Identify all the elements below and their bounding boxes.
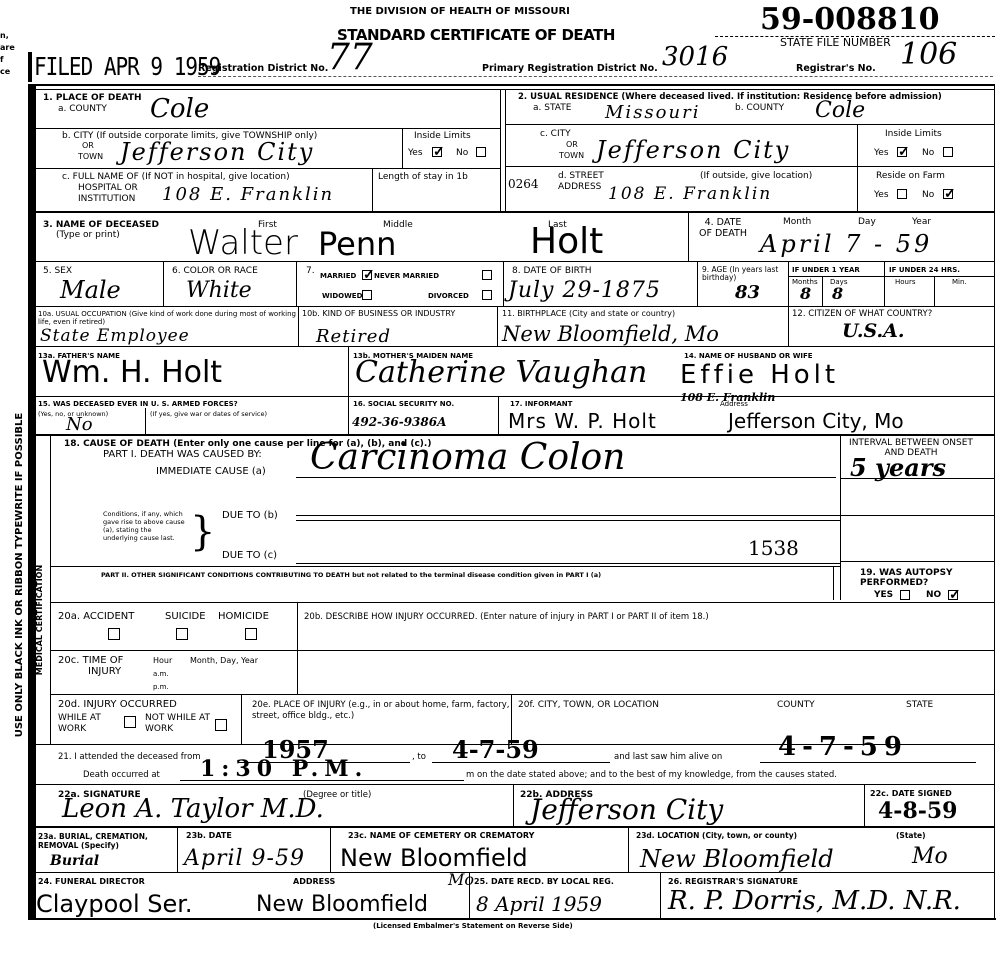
occupation-value: State Employee — [40, 328, 190, 345]
autopsy-yes-checkbox[interactable] — [900, 590, 910, 600]
burial-method-label: 23a. BURIAL, CREMATION, REMOVAL (Specify… — [38, 832, 178, 850]
date-signed-label: 22c. DATE SIGNED — [870, 790, 952, 798]
autopsy-yes-label: YES — [874, 591, 893, 599]
registrar-signature-label: 26. REGISTRAR'S SIGNATURE — [668, 878, 798, 886]
director-address-state: Mo — [448, 872, 474, 888]
father-value: Wm. H. Holt — [42, 358, 222, 388]
first-name-value: Walter — [188, 226, 298, 260]
pm-label: p.m. — [153, 683, 169, 691]
while-at-work-text: WHILE AT WORK — [58, 713, 101, 734]
injury-occurred-label: 20d. INJURY OCCURRED — [58, 700, 177, 710]
last-saw-value: 4-7-59 — [778, 734, 908, 760]
pod-inside-no-label: No — [456, 148, 468, 158]
to-label: , to — [412, 752, 426, 762]
filed-stamp: FILED APR 9 1959 — [34, 52, 220, 81]
hour-label: Hour — [153, 657, 172, 665]
ur-county-label: b. COUNTY — [735, 103, 784, 113]
spouse-value: Effie Holt — [680, 362, 839, 388]
informant-address-line1: 108 E. Franklin — [680, 392, 775, 403]
armed-forces-value: No — [66, 416, 93, 434]
pod-inside-no-checkbox[interactable] — [476, 147, 486, 157]
widowed-label: WIDOWED — [322, 292, 362, 300]
burial-state-label: (State) — [896, 832, 926, 840]
death-time-value: 1:30 P.M. — [200, 758, 368, 780]
date-recd-value: 8 April 1959 — [476, 894, 602, 914]
accident-label: 20a. ACCIDENT — [58, 612, 134, 622]
pod-city-or: OR — [82, 141, 94, 151]
pod-hospital-value: 108 E. Franklin — [162, 186, 334, 204]
informant-value: Mrs W. P. Holt — [508, 411, 657, 431]
last-name-value: Holt — [530, 224, 603, 260]
date-of-death-value: April 7 - 59 — [760, 232, 932, 256]
date-of-death-label-text: 4. DATE OF DEATH — [698, 217, 748, 239]
ssn-label: 16. SOCIAL SECURITY NO. — [353, 400, 454, 408]
pod-city-town: TOWN — [78, 152, 103, 162]
burial-location-value: New Bloomfield — [640, 847, 834, 871]
dob-value: July 29-1875 — [508, 280, 661, 302]
ur-street-value: 108 E. Franklin — [608, 186, 772, 203]
length-of-stay-label: Length of stay in 1b — [378, 172, 468, 182]
age-label: 9. AGE (In years last birthday) — [702, 266, 792, 282]
while-at-work-label: WHILE AT WORK — [58, 713, 118, 735]
injury-city-label: 20f. CITY, TOWN, OR LOCATION — [518, 700, 659, 710]
ur-state-label: a. STATE — [533, 103, 571, 113]
registration-district-value: 77 — [327, 40, 373, 76]
mother-value: Catherine Vaughan — [355, 358, 647, 388]
immediate-cause-label: IMMEDIATE CAUSE (a) — [156, 467, 266, 477]
ur-farm-no-label: No — [922, 190, 934, 200]
cemetery-label: 23c. NAME OF CEMETERY OR CREMATORY — [348, 832, 534, 840]
ur-farm-yes-label: Yes — [874, 190, 889, 200]
business-value: Retired — [316, 328, 391, 346]
registration-district-label: Registration District No. — [198, 64, 328, 74]
registrar-number-label: Registrar's No. — [796, 64, 876, 74]
marital-label: 7. — [306, 266, 315, 276]
deceased-name-sub: (Type or print) — [56, 230, 120, 240]
signature-value: Leon A. Taylor M.D. — [62, 796, 324, 822]
citizen-value: U.S.A. — [842, 322, 904, 341]
attended-to-value: 4-7-59 — [452, 738, 539, 762]
am-label: a.m. — [153, 670, 169, 678]
pod-inside-yes-label: Yes — [408, 148, 423, 158]
mdy-label: Month, Day, Year — [190, 657, 258, 665]
funeral-director-label: 24. FUNERAL DIRECTOR — [38, 878, 145, 886]
attended-label: 21. I attended the deceased from — [58, 752, 201, 762]
time-of-injury-label-2: INJURY — [88, 667, 121, 677]
margin-fragment: ce — [0, 68, 10, 76]
margin-fragment: are — [0, 44, 15, 52]
married-label: MARRIED — [320, 272, 356, 280]
autopsy-label: 19. WAS AUTOPSY PERFORMED? — [860, 568, 960, 588]
not-while-at-work-checkbox[interactable] — [215, 719, 227, 731]
burial-date-value: April 9-59 — [184, 848, 305, 870]
middle-name-value: Penn — [318, 228, 396, 260]
never-married-checkbox[interactable] — [482, 270, 492, 280]
margin-fragment: f — [0, 56, 3, 64]
address-value: Jefferson City — [530, 796, 723, 824]
agency-name: THE DIVISION OF HEALTH OF MISSOURI — [350, 6, 570, 17]
ssn-value: 492-36-9386A — [352, 416, 446, 428]
registrar-signature-value: R. P. Dorris, M.D. N.R. — [668, 888, 961, 914]
homicide-label: HOMICIDE — [218, 612, 269, 622]
death-occurred-label: Death occurred at — [83, 770, 160, 780]
director-address-value: New Bloomfield — [256, 894, 428, 916]
last-saw-label: and last saw him alive on — [614, 752, 722, 762]
deceased-name-label: 3. NAME OF DECEASED — [43, 220, 159, 230]
informant-address-line2: Jefferson City, Mo — [728, 411, 904, 431]
burial-method-value: Burial — [50, 854, 99, 868]
age-value: 83 — [735, 284, 760, 302]
month-label: Month — [783, 217, 811, 227]
side-instruction: USE ONLY BLACK INK OR RIBBON TYPEWRITE I… — [15, 405, 25, 745]
days-value: 8 — [832, 286, 843, 302]
birthplace-value: New Bloomfield, Mo — [502, 324, 719, 345]
due-to-b-label: DUE TO (b) — [222, 511, 278, 521]
armed-forces-label: 15. WAS DECEASED EVER IN U. S. ARMED FOR… — [38, 400, 238, 408]
primary-registration-value: 3016 — [662, 44, 728, 70]
ur-street-margin-code: 0264 — [508, 178, 539, 190]
armed-forces-sub2: (If yes, give war or dates of service) — [150, 410, 267, 418]
death-suffix-label: m on the date stated above; and to the b… — [466, 770, 837, 780]
pod-hospital-label-2: HOSPITAL OR — [78, 183, 138, 193]
primary-registration-label: Primary Registration District No. — [482, 64, 658, 74]
min-label: Min. — [952, 278, 967, 286]
sex-value: Male — [60, 278, 121, 302]
part1-label: PART I. DEATH WAS CAUSED BY: — [103, 450, 262, 460]
ur-county-value: Cole — [815, 100, 865, 122]
pod-county-label: a. COUNTY — [58, 104, 107, 114]
funeral-director-value: Claypool Ser. — [36, 892, 193, 916]
embalmer-note: (Licensed Embalmer's Statement on Revers… — [373, 922, 573, 930]
conditions-note: Conditions, if any, which gave rise to a… — [103, 510, 187, 542]
state-file-number-label: STATE FILE NUMBER — [780, 38, 891, 48]
ur-farm-label: Reside on Farm — [876, 171, 945, 181]
homicide-checkbox[interactable] — [245, 628, 257, 640]
injury-county-label: COUNTY — [777, 700, 815, 710]
immediate-cause-value: Carcinoma Colon — [310, 440, 625, 476]
pod-hospital-label-3: INSTITUTION — [78, 194, 135, 204]
never-married-label: NEVER MARRIED — [374, 272, 439, 280]
while-at-work-checkbox[interactable] — [124, 716, 136, 728]
suicide-checkbox[interactable] — [176, 628, 188, 640]
divorced-checkbox[interactable] — [482, 290, 492, 300]
describe-injury-label: 20b. DESCRIBE HOW INJURY OCCURRED. (Ente… — [304, 612, 709, 622]
day-label: Day — [858, 217, 876, 227]
ur-inside-yes-checkbox[interactable] — [897, 147, 907, 157]
race-label: 6. COLOR OR RACE — [172, 266, 258, 276]
hours-label: Hours — [895, 278, 916, 286]
ur-farm-yes-checkbox[interactable] — [897, 189, 907, 199]
business-label: 10b. KIND OF BUSINESS OR INDUSTRY — [302, 310, 472, 318]
margin-fragment: n, — [0, 32, 9, 40]
pod-inside-yes-checkbox[interactable] — [432, 147, 442, 157]
place-of-death-label: 1. PLACE OF DEATH — [43, 93, 142, 103]
ur-city-value: Jefferson City — [596, 138, 790, 162]
conditions-brace: } — [190, 512, 215, 552]
usual-residence-label: 2. USUAL RESIDENCE (Where deceased lived… — [518, 92, 942, 102]
race-value: White — [186, 280, 252, 302]
ur-city-label: c. CITY — [540, 129, 571, 139]
citizen-label: 12. CITIZEN OF WHAT COUNTRY? — [792, 310, 932, 318]
certificate-title: STANDARD CERTIFICATE OF DEATH — [337, 26, 615, 44]
ur-inside-limits-label: Inside Limits — [885, 129, 942, 139]
ur-inside-no-label: No — [922, 148, 934, 158]
due-to-c-value: 1538 — [748, 538, 799, 558]
date-signed-value: 4-8-59 — [878, 800, 958, 822]
interval-value: 5 years — [850, 456, 946, 480]
autopsy-no-label: NO — [926, 591, 941, 599]
burial-location-state: Mo — [912, 846, 948, 868]
ur-inside-yes-label: Yes — [874, 148, 889, 158]
birthplace-label: 11. BIRTHPLACE (City and state or countr… — [502, 310, 675, 318]
ur-city-town: TOWN — [559, 151, 584, 161]
widowed-checkbox[interactable] — [362, 290, 372, 300]
injury-state-label: STATE — [906, 700, 933, 710]
burial-date-label: 23b. DATE — [186, 832, 232, 840]
due-to-c-label: DUE TO (c) — [222, 551, 277, 561]
dob-label: 8. DATE OF BIRTH — [512, 266, 592, 276]
pod-county-value: Cole — [150, 96, 209, 122]
under-1-year-label: IF UNDER 1 YEAR — [792, 266, 860, 274]
not-while-at-work-label: NOT WHILE AT WORK — [145, 713, 211, 735]
ur-city-or: OR — [566, 140, 578, 150]
spouse-label: 14. NAME OF HUSBAND OR WIFE — [684, 352, 813, 360]
place-of-injury-label: 20e. PLACE OF INJURY (e.g., in or about … — [252, 700, 512, 722]
registrar-number-value: 106 — [900, 40, 957, 70]
sex-label: 5. SEX — [43, 266, 72, 276]
burial-location-label: 23d. LOCATION (City, town, or county) — [636, 832, 797, 840]
medical-certification-label: MEDICAL CERTIFICATION — [35, 540, 45, 700]
suicide-label: SUICIDE — [165, 612, 206, 622]
occupation-label: 10a. USUAL OCCUPATION (Give kind of work… — [38, 310, 300, 326]
state-file-number: 59-008810 — [760, 2, 939, 37]
accident-checkbox[interactable] — [108, 628, 120, 640]
part2-label: PART II. OTHER SIGNIFICANT CONDITIONS CO… — [101, 571, 601, 579]
months-value: 8 — [800, 286, 811, 302]
pod-hospital-label: c. FULL NAME OF (If NOT in hospital, giv… — [62, 172, 290, 182]
autopsy-no-checkbox[interactable] — [948, 590, 958, 600]
time-of-injury-label: 20c. TIME OF — [58, 656, 123, 666]
ur-state-value: Missouri — [605, 104, 700, 122]
under-24-label: IF UNDER 24 HRS. — [889, 266, 960, 274]
date-of-death-label: 4. DATE OF DEATH — [698, 217, 748, 239]
ur-street-note: (If outside, give location) — [700, 171, 812, 181]
not-while-at-work-text: NOT WHILE AT WORK — [145, 713, 210, 734]
divorced-label: DIVORCED — [428, 292, 469, 300]
ur-inside-no-checkbox[interactable] — [943, 147, 953, 157]
pod-city-value: Jefferson City — [120, 140, 314, 164]
informant-label: 17. INFORMANT — [510, 400, 572, 408]
ur-farm-no-checkbox[interactable] — [943, 189, 953, 199]
married-checkbox[interactable] — [362, 270, 372, 280]
director-address-label: ADDRESS — [293, 878, 335, 886]
cemetery-value: New Bloomfield — [340, 846, 528, 870]
pod-inside-limits-label: Inside Limits — [414, 131, 471, 141]
year-label: Year — [912, 217, 931, 227]
ur-street-label-2: ADDRESS — [558, 182, 601, 192]
date-recd-label: 25. DATE RECD. BY LOCAL REG. — [474, 878, 614, 886]
ur-street-label: d. STREET — [558, 171, 604, 181]
